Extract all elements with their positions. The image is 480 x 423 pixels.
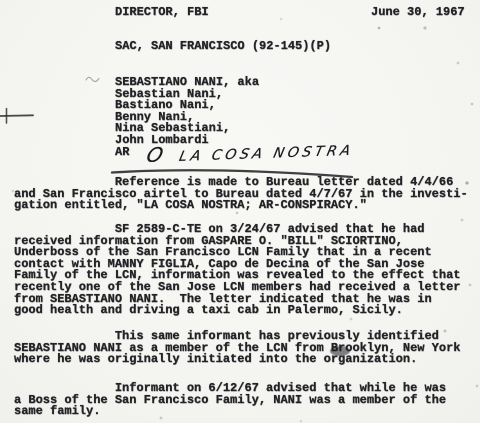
paragraph-identification: This same informant has previously ident…	[14, 331, 460, 366]
date-line: June 30, 1967	[371, 7, 465, 19]
paragraph-informant-report: SF 2589-C-TE on 3/24/67 advised that he …	[14, 224, 460, 317]
paragraph-boss-statement: Informant on 6/12/67 advised that while …	[14, 383, 446, 418]
ink-blot	[330, 346, 350, 356]
scan-noise	[0, 0, 2, 2]
margin-scribble	[86, 77, 99, 81]
sender-line: SAC, SAN FRANCISCO (92-145)(P)	[115, 41, 331, 53]
margin-arrow-mark	[0, 115, 33, 116]
recipient-line: DIRECTOR, FBI	[115, 7, 209, 19]
paragraph-reference: Reference is made to Bureau letter dated…	[14, 177, 468, 212]
document-page: DIRECTOR, FBI June 30, 1967 SAC, SAN FRA…	[0, 0, 480, 423]
